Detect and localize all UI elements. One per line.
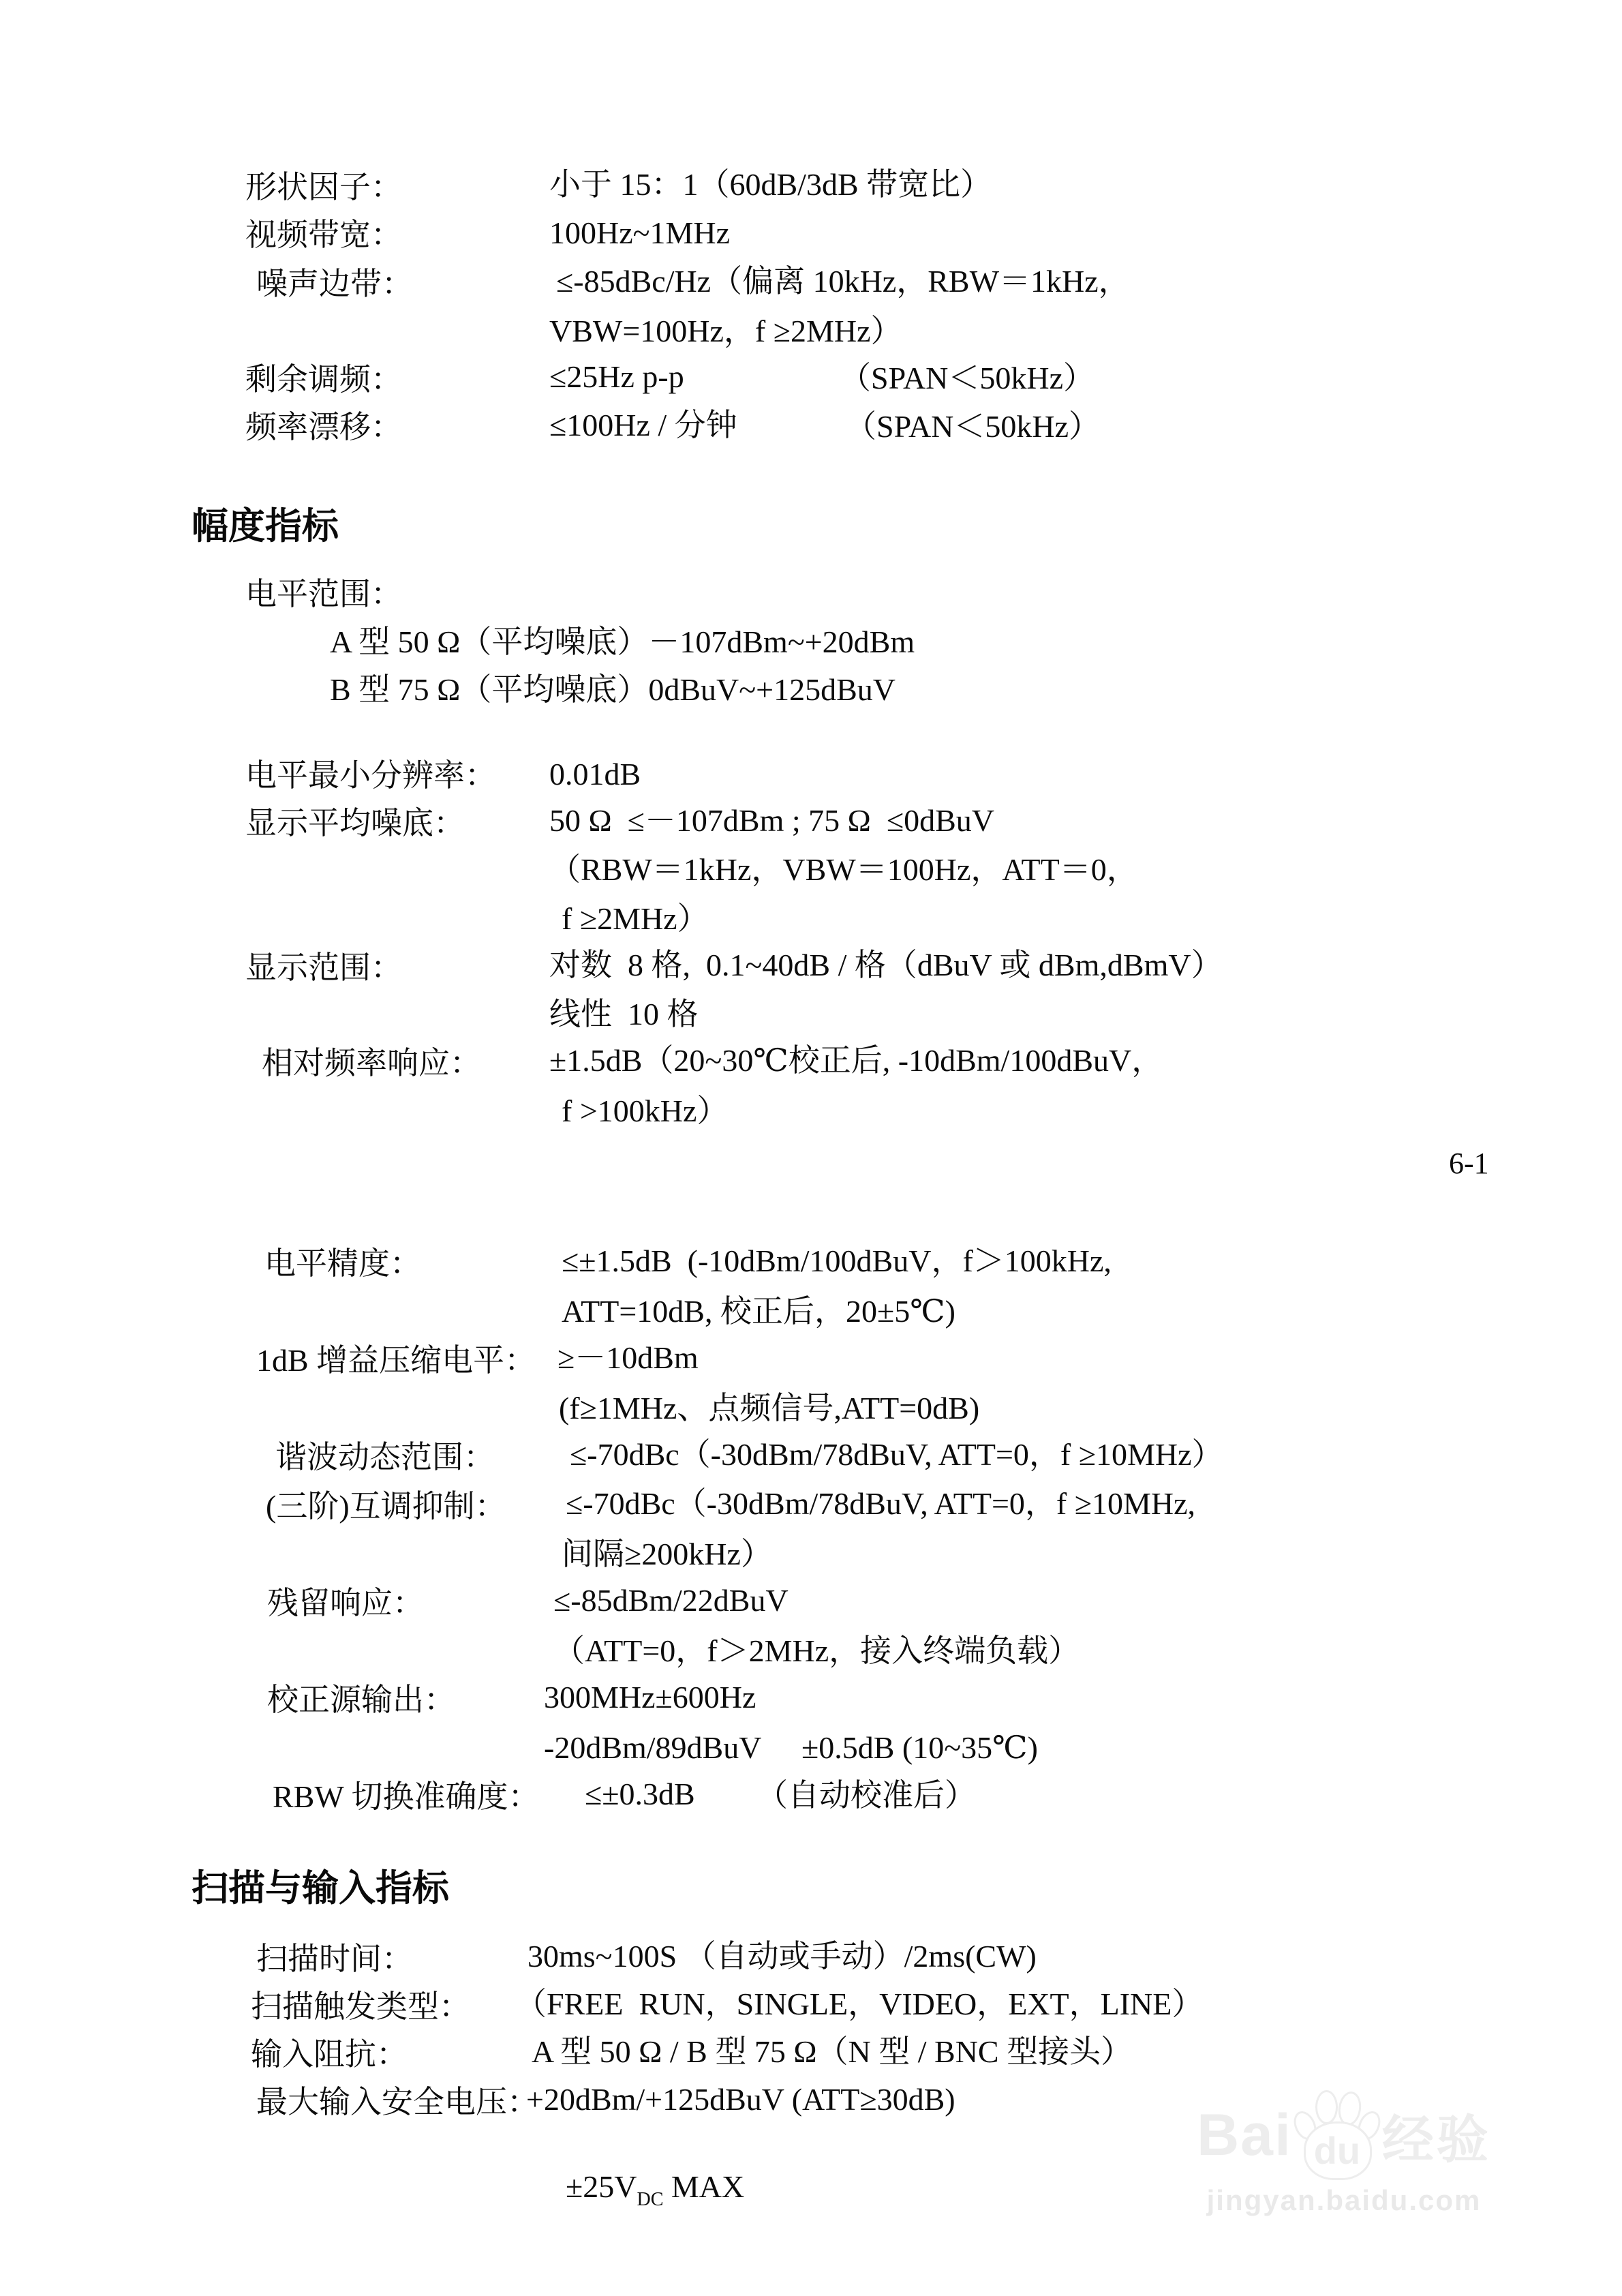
- spec-value-min-level-resolution: 0.01dB: [549, 755, 641, 794]
- spec-value-gain-compression: ≥－10dBm: [557, 1339, 699, 1377]
- spec-label-min-level-resolution: 电平最小分辨率：: [245, 757, 496, 795]
- spec-value-relative-freq-response-cont: f >100kHz）: [562, 1092, 728, 1130]
- spec-label-gain-compression: 1dB 增益压缩电平：: [256, 1342, 536, 1380]
- spec-label-display-range: 显示范围：: [245, 949, 402, 987]
- spec-label-residual-response: 残留响应：: [267, 1584, 424, 1622]
- spec-value-level-accuracy-cont: ATT=10dB, 校正后，20±5℃): [562, 1293, 955, 1331]
- dc-voltage-suffix: MAX: [663, 2169, 744, 2204]
- spec-label-harmonic-dynamic-range: 谐波动态范围：: [275, 1438, 495, 1477]
- watermark-url: jingyan.baidu.com: [1153, 2184, 1535, 2217]
- baidu-logo-jingyan-text: 经验: [1382, 2098, 1491, 2173]
- spec-value-third-order-intermod-cont: 间隔≥200kHz）: [562, 1535, 772, 1573]
- spec-value-displayed-avg-noise: 50 Ω ≤－107dBm ; 75 Ω ≤0dBuV: [549, 802, 994, 840]
- dc-voltage-subscript: DC: [637, 2189, 663, 2210]
- spec-label-relative-freq-response: 相对频率响应：: [262, 1044, 481, 1083]
- spec-label-third-order-intermod: (三阶)互调抑制：: [266, 1487, 506, 1526]
- section-title-sweep-input: 扫描与输入指标: [192, 1868, 449, 1909]
- spec-value-cal-source-output: 300MHz±600Hz: [544, 1678, 756, 1717]
- spec-value-displayed-avg-noise-cont2: f ≥2MHz）: [562, 900, 709, 938]
- spec-label-level-range: 电平范围：: [245, 575, 402, 614]
- page-number: 6-1: [1449, 1147, 1489, 1181]
- spec-sub-level-range-type-b: B 型 75 Ω（平均噪底）0dBuV~+125dBuV: [330, 671, 896, 709]
- spec-value-level-accuracy: ≤±1.5dB (-10dBm/100dBuV，f＞100kHz,: [562, 1242, 1112, 1280]
- spec-label-input-impedance: 输入阻抗：: [251, 2036, 408, 2074]
- spec-value-third-order-intermod: ≤-70dBc（-30dBm/78dBuV, ATT=0，f ≥10MHz,: [566, 1485, 1195, 1523]
- spec-value-noise-sideband-cont: VBW=100Hz，f ≥2MHz）: [549, 312, 902, 350]
- spec-label-sweep-time: 扫描时间：: [256, 1940, 413, 1978]
- spec-value-max-dc-voltage: ±25VDC MAX: [534, 2130, 744, 2244]
- spec-value-harmonic-dynamic-range: ≤-70dBc（-30dBm/78dBuV, ATT=0，f ≥10MHz）: [570, 1436, 1223, 1474]
- spec-label-noise-sideband: 噪声边带：: [256, 265, 413, 303]
- section-title-amplitude: 幅度指标: [192, 506, 339, 547]
- baidu-paw-icon: du: [1295, 2090, 1379, 2180]
- spec-value-cal-source-output-cont: -20dBm/89dBuV: [544, 1729, 761, 1767]
- document-page: 形状因子： 小于 15：1（60dB/3dB 带宽比） 视频带宽： 100Hz~…: [0, 0, 1622, 2296]
- paw-toe: [1315, 2090, 1338, 2124]
- baidu-logo-bai-text: Bai: [1197, 2102, 1292, 2169]
- spec-label-shape-factor: 形状因子：: [245, 168, 402, 207]
- spec-label-max-safe-input-voltage: 最大输入安全电压：: [256, 2083, 538, 2121]
- spec-value-gain-compression-cont: (f≥1MHz、点频信号,ATT=0dB): [559, 1389, 979, 1428]
- spec-value-relative-freq-response: ±1.5dB（20~30℃校正后, -10dBm/100dBuV，: [549, 1042, 1163, 1080]
- baidu-logo: Bai du 经验: [1153, 2087, 1535, 2183]
- spec-value-residual-fm: ≤25Hz p-p: [549, 358, 684, 396]
- spec-value-displayed-avg-noise-cont: （RBW＝1kHz，VBW＝100Hz，ATT＝0，: [549, 851, 1138, 889]
- spec-label-residual-fm: 剩余调频：: [245, 361, 402, 399]
- spec-label-rbw-switching-accuracy: RBW 切换准确度：: [273, 1778, 539, 1816]
- spec-label-cal-source-output: 校正源输出：: [267, 1681, 455, 1719]
- spec-value-display-range-cont: 线性 10 格: [549, 995, 699, 1033]
- spec-note-residual-fm: （SPAN＜50kHz）: [840, 359, 1095, 397]
- spec-label-level-accuracy: 电平精度：: [264, 1245, 421, 1283]
- spec-value-residual-response-cont: （ATT=0，f＞2MHz，接入终端负载）: [553, 1632, 1080, 1670]
- spec-note-frequency-drift: （SPAN＜50kHz）: [845, 408, 1100, 446]
- spec-value-noise-sideband: ≤-85dBc/Hz（偏离 10kHz，RBW＝1kHz，: [556, 262, 1130, 301]
- spec-value-input-impedance: A 型 50 Ω / B 型 75 Ω（N 型 / BNC 型接头）: [532, 2033, 1132, 2071]
- spec-value-video-bandwidth: 100Hz~1MHz: [549, 214, 730, 252]
- spec-label-displayed-avg-noise: 显示平均噪底：: [245, 804, 465, 843]
- spec-value-frequency-drift: ≤100Hz / 分钟: [549, 406, 737, 444]
- baidu-jingyan-watermark: Bai du 经验 jingyan.baidu.com: [1153, 2087, 1535, 2217]
- baidu-logo-du-text: du: [1295, 2128, 1379, 2173]
- spec-value-sweep-time: 30ms~100S （自动或手动）/2ms(CW): [527, 1937, 1037, 1976]
- dc-voltage-prefix: ±25V: [566, 2169, 637, 2204]
- spec-value-shape-factor: 小于 15：1（60dB/3dB 带宽比）: [549, 166, 992, 204]
- spec-note-cal-source-output: ±0.5dB (10~35℃): [801, 1729, 1038, 1767]
- spec-value-display-range: 对数 8 格, 0.1~40dB / 格（dBuV 或 dBm,dBmV）: [549, 946, 1223, 984]
- spec-value-sweep-trigger-type: （FREE RUN，SINGLE，VIDEO，EXT，LINE）: [515, 1985, 1203, 2023]
- spec-label-frequency-drift: 频率漂移：: [245, 408, 402, 447]
- spec-sub-level-range-type-a: A 型 50 Ω（平均噪底）－107dBm~+20dBm: [330, 623, 915, 661]
- spec-label-video-bandwidth: 视频带宽：: [245, 216, 402, 254]
- spec-note-rbw-switching-accuracy: （自动校准后）: [756, 1777, 976, 1815]
- spec-value-rbw-switching-accuracy: ≤±0.3dB: [585, 1775, 695, 1813]
- spec-value-residual-response: ≤-85dBm/22dBuV: [553, 1582, 789, 1620]
- spec-value-max-safe-input-voltage: +20dBm/+125dBuV (ATT≥30dB): [526, 2081, 955, 2119]
- spec-label-sweep-trigger-type: 扫描触发类型：: [251, 1988, 470, 2026]
